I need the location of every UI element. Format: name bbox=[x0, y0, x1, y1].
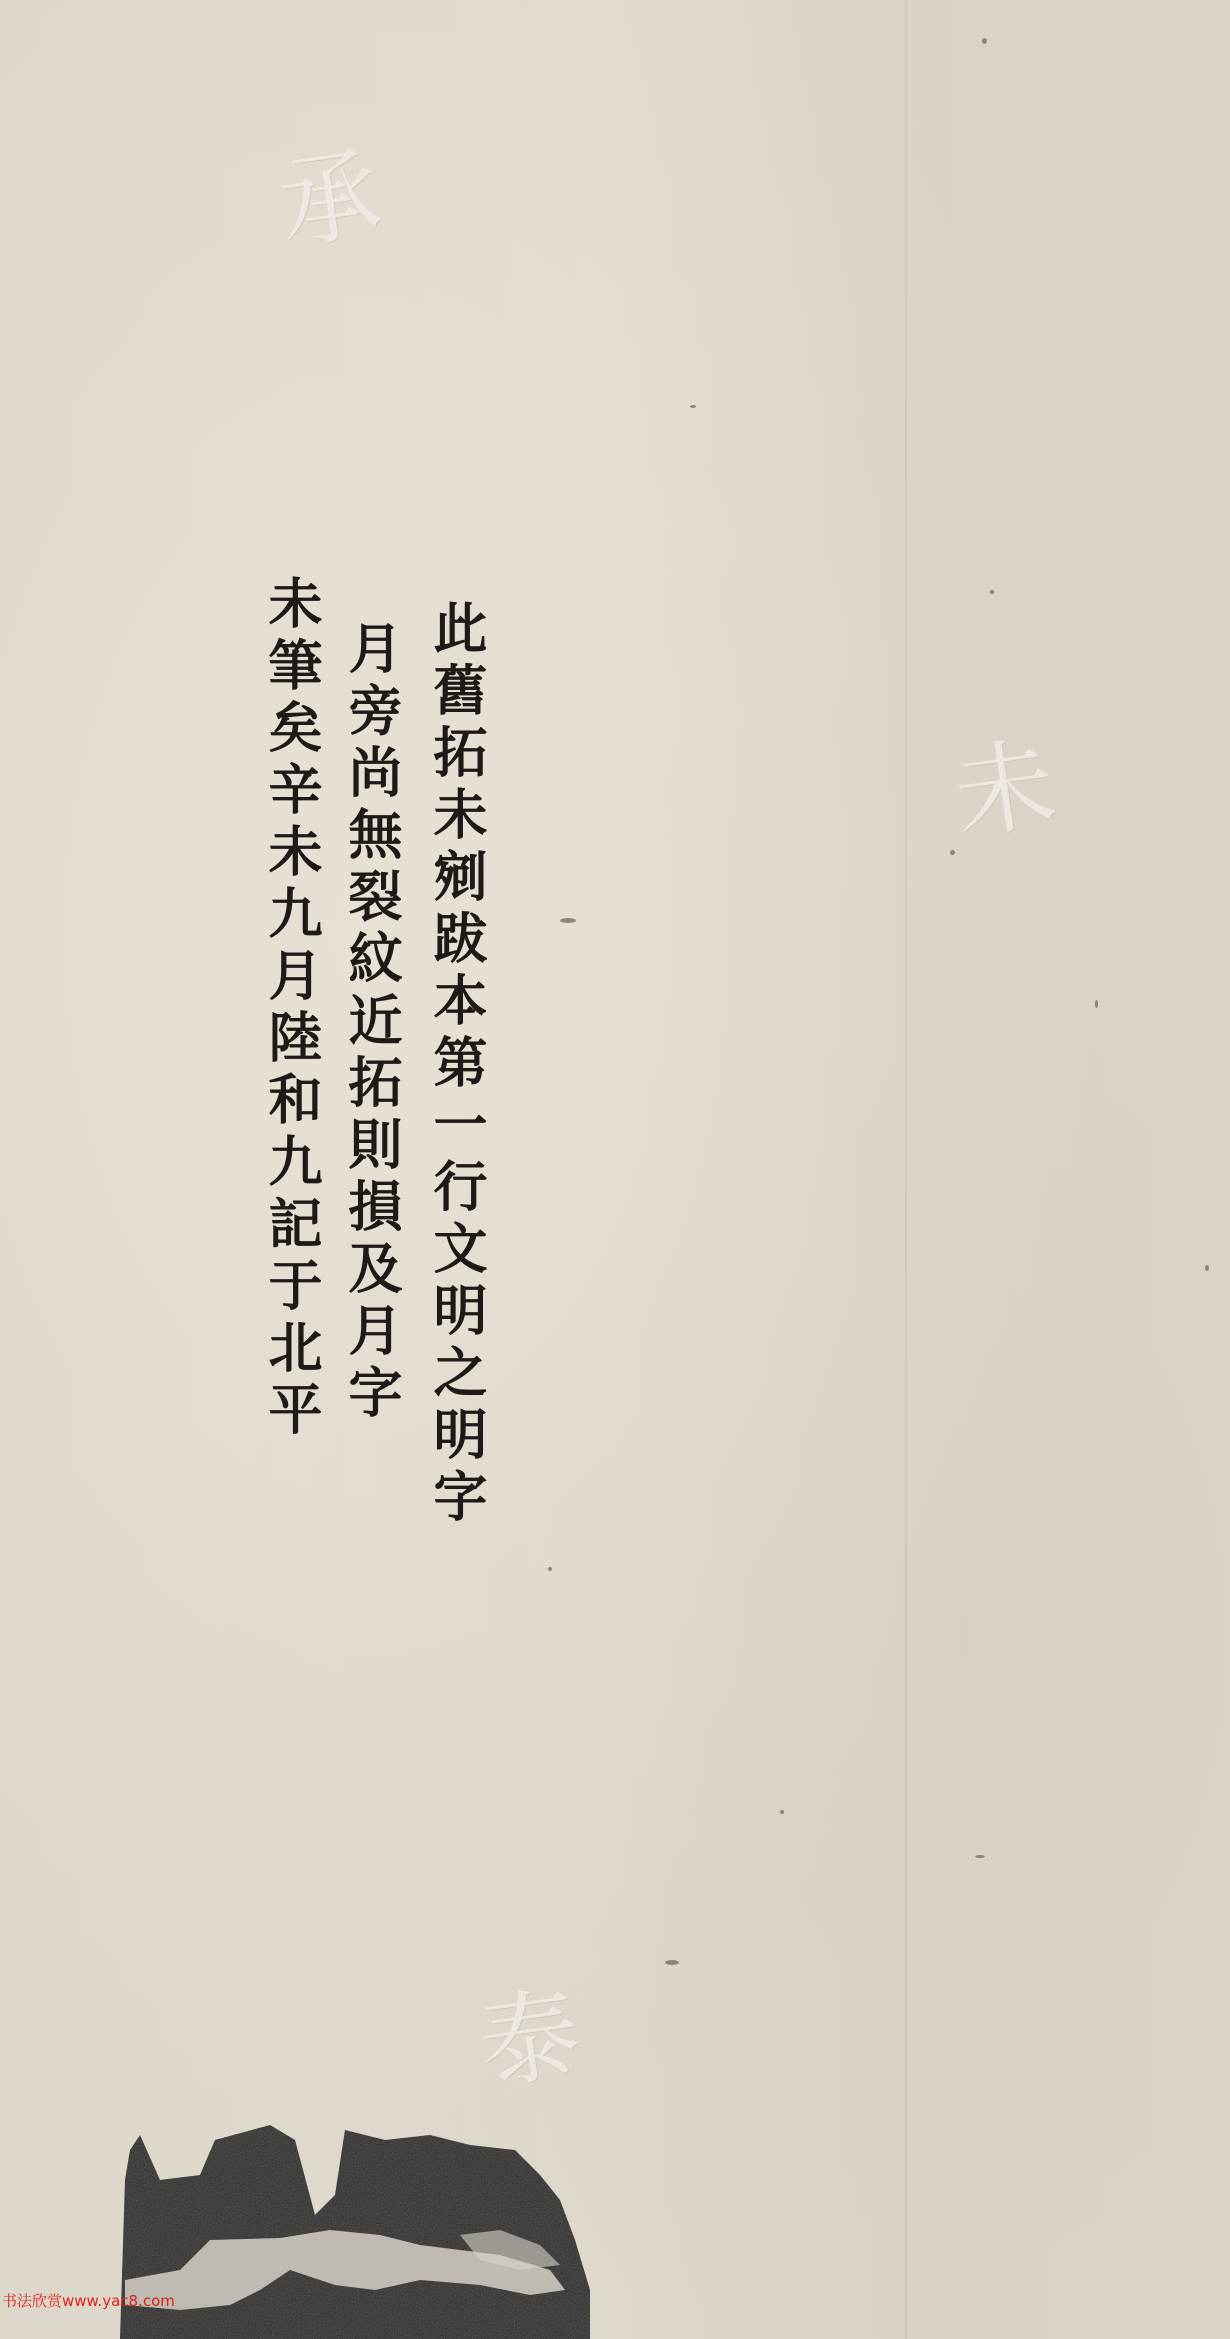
paper-speck bbox=[690, 405, 696, 408]
inscription-column-2: 月旁尚無裂紋近拓則損及月字 bbox=[345, 620, 399, 1426]
stone-rubbing-fragment bbox=[120, 2120, 680, 2339]
paper-fold-line bbox=[905, 0, 907, 2339]
paper-speck bbox=[548, 1567, 552, 1571]
site-watermark: 书法欣赏www.yac8.com bbox=[2, 2290, 175, 2311]
paper-speck bbox=[990, 590, 994, 594]
inscription-column-3: 未筆矣辛未九月陸和九記于北平 bbox=[265, 575, 319, 1443]
paper-speck bbox=[982, 38, 987, 44]
embossed-seal-mark: 泰 bbox=[474, 1984, 587, 2097]
paper-speck bbox=[780, 1810, 784, 1814]
paper-speck bbox=[665, 1960, 679, 1965]
paper-speck bbox=[1205, 1265, 1209, 1271]
paper-background bbox=[0, 0, 1230, 2339]
paper-speck bbox=[560, 918, 576, 923]
paper-speck bbox=[950, 850, 955, 855]
embossed-seal-mark: 未 bbox=[949, 734, 1062, 847]
inscription-column-1: 此舊拓未剜跋本第一行文明之明字 bbox=[430, 600, 484, 1530]
paper-speck bbox=[1095, 1000, 1098, 1008]
paper-speck bbox=[975, 1855, 985, 1858]
embossed-seal-mark: 承 bbox=[274, 144, 387, 257]
